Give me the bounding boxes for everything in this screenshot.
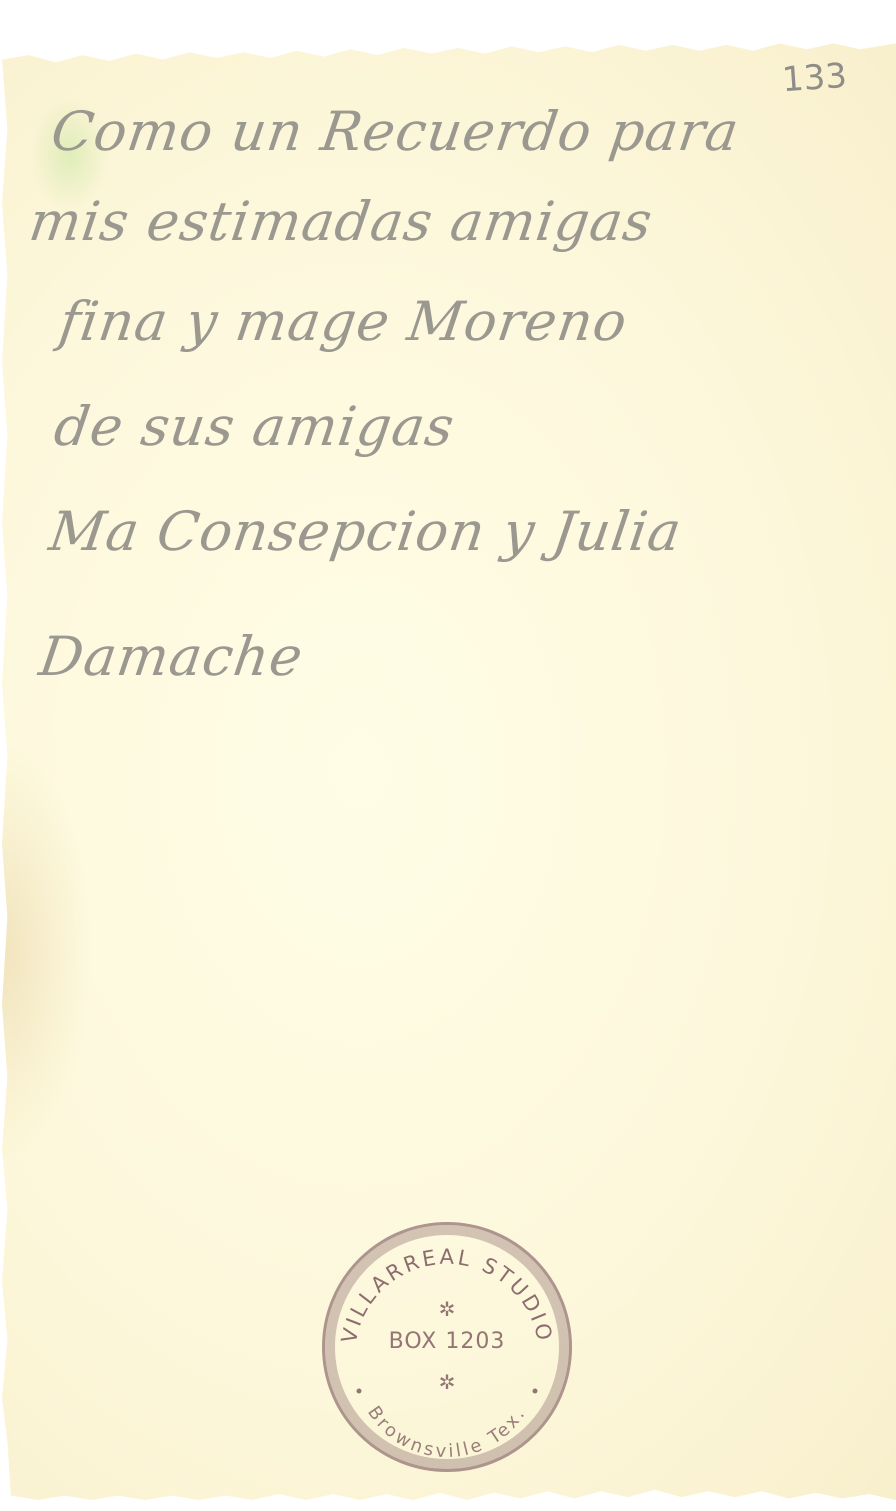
stamp-box-number: BOX 1203 bbox=[325, 1329, 569, 1354]
inscription-line-1: Como un Recuerdo para bbox=[48, 100, 744, 163]
inscription-line-3: fina y mage Moreno bbox=[56, 290, 632, 353]
inscription-line-2: mis estimadas amigas bbox=[26, 190, 657, 253]
inscription-line-5: Ma Consepcion y Julia bbox=[46, 500, 686, 563]
stamp-ornament-top-icon: ✲ bbox=[325, 1297, 569, 1321]
catalog-number: 133 bbox=[781, 56, 849, 100]
inscription-line-6: Damache bbox=[36, 625, 308, 688]
svg-text:Brownsville Tex.: Brownsville Tex. bbox=[363, 1402, 531, 1462]
age-stain bbox=[2, 742, 92, 1162]
studio-stamp: VILLARREAL STUDIO Brownsville Tex. ✲ BOX… bbox=[322, 1222, 572, 1472]
stamp-bottom-text: Brownsville Tex. bbox=[363, 1402, 531, 1462]
inscription-line-4: de sus amigas bbox=[51, 395, 459, 458]
stamp-ornament-bottom-icon: ✲ bbox=[325, 1370, 569, 1394]
